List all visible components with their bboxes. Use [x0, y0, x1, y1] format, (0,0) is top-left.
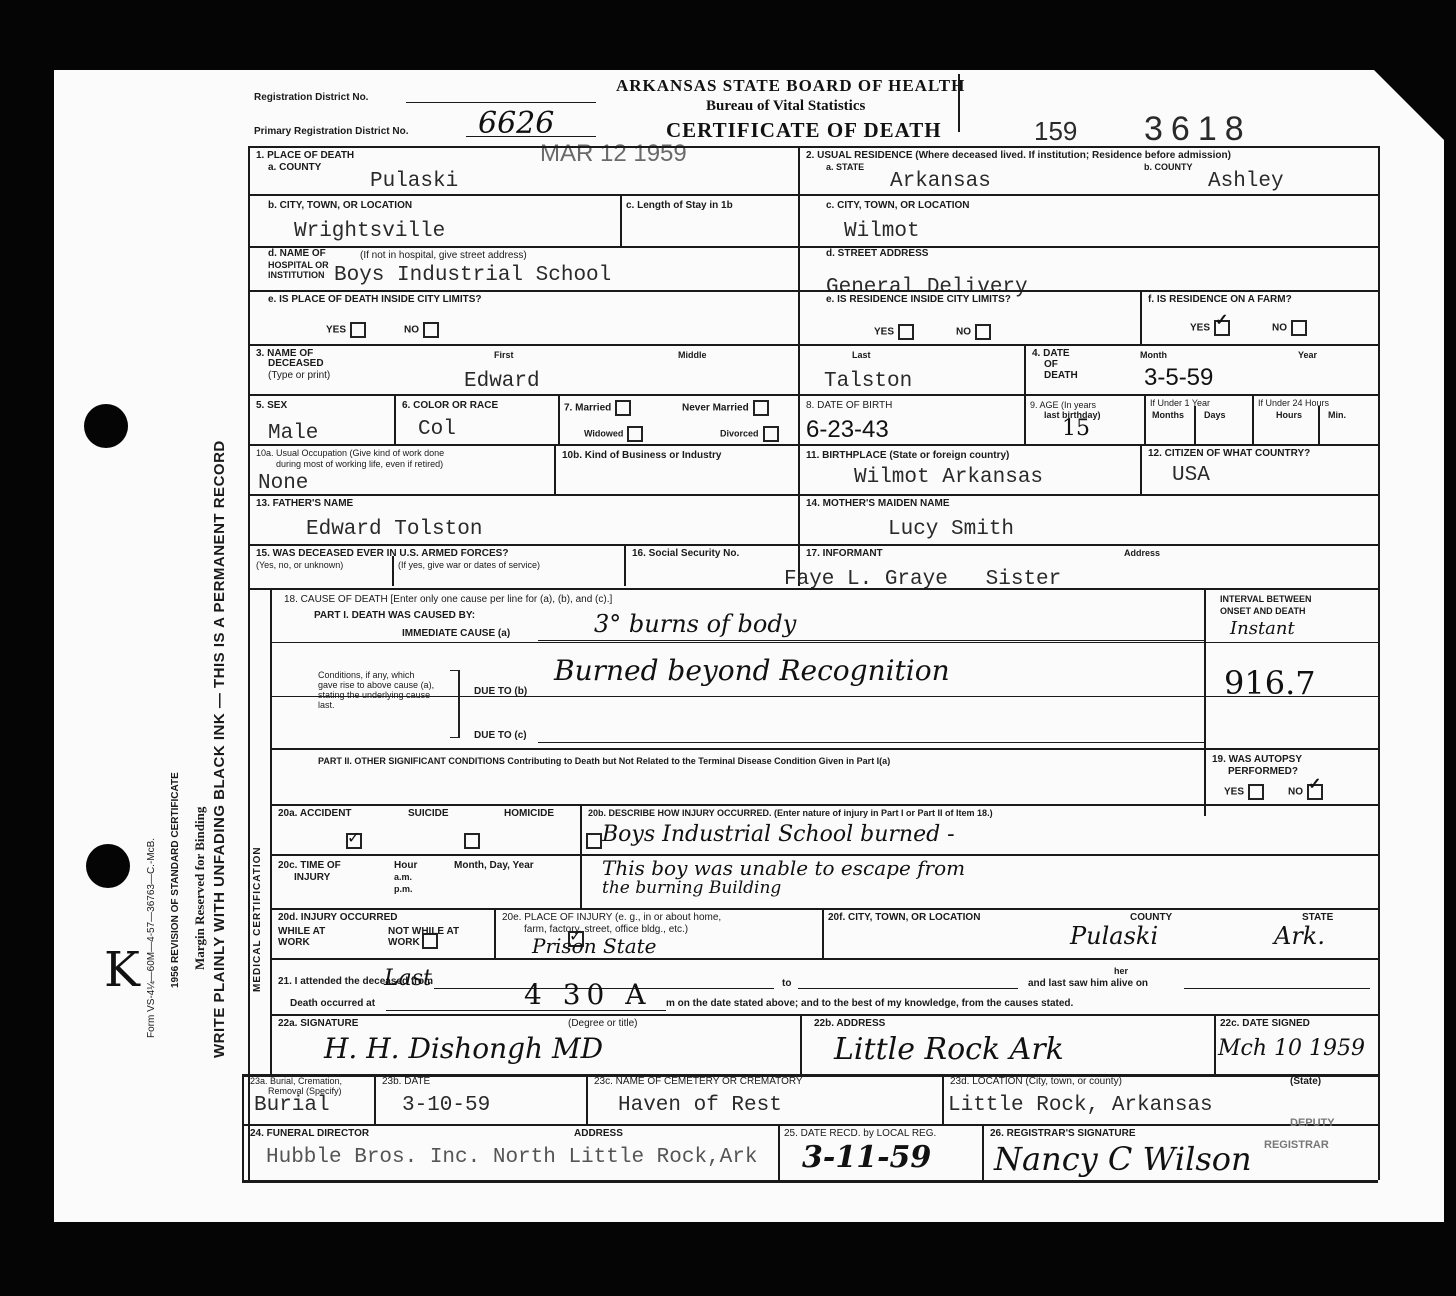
- homicide-label: HOMICIDE: [504, 808, 554, 819]
- burial-type-value: Burial: [254, 1094, 330, 1117]
- cause-of-death-label: 18. CAUSE OF DEATH [Enter only one cause…: [284, 594, 612, 605]
- hospital-hint: (If not in hospital, give street address…: [360, 250, 527, 261]
- place-of-injury-value: Prison State: [532, 934, 657, 958]
- race-value: Col: [418, 418, 456, 441]
- mother-label: 14. MOTHER'S MAIDEN NAME: [806, 498, 950, 509]
- revision-note: 1956 REVISION OF STANDARD CERTIFICATE: [170, 772, 181, 988]
- under-one-year-label: If Under 1 Year: [1150, 398, 1210, 408]
- checkbox[interactable]: [423, 322, 439, 338]
- armed-forces-hint-1: (Yes, no, or unknown): [256, 560, 343, 570]
- bureau-name: Bureau of Vital Statistics: [706, 98, 865, 115]
- months-label: Months: [1152, 410, 1184, 420]
- armed-forces-label: 15. WAS DECEASED EVER IN U.S. ARMED FORC…: [256, 548, 508, 559]
- hospital-label-3: INSTITUTION: [268, 270, 325, 280]
- time-of-injury-label-1: 20c. TIME OF: [278, 860, 341, 871]
- dod-label-3: DEATH: [1044, 370, 1078, 381]
- occupation-label-2: during most of working life, even if ret…: [276, 459, 443, 469]
- time-of-injury-label-2: INJURY: [294, 872, 330, 883]
- injury-occurred-label: 20d. INJURY OCCURRED: [278, 912, 397, 923]
- hospital-label-2: HOSPITAL OR: [268, 260, 329, 270]
- birthplace-value: Wilmot Arkansas: [854, 466, 1043, 489]
- registrar-signature-value: Nancy C Wilson: [994, 1140, 1252, 1178]
- autopsy-no[interactable]: NO: [1288, 784, 1323, 800]
- place-of-death-label: 1. PLACE OF DEATH: [256, 150, 354, 161]
- cemetery-label: 23c. NAME OF CEMETERY OR CREMATORY: [594, 1076, 803, 1087]
- first-name-label: First: [494, 350, 514, 360]
- death-occurred-at-label: Death occurred at: [290, 998, 375, 1009]
- industry-label: 10b. Kind of Business or Industry: [562, 450, 721, 461]
- dob-value: 6-23-43: [806, 416, 889, 444]
- residence-state-label: a. STATE: [826, 162, 864, 172]
- certificate-paper: K Form VS-4¼—60M—4-57—36763—C.-McB. 1956…: [54, 70, 1444, 1222]
- date-signed-label: 22c. DATE SIGNED: [1220, 1018, 1310, 1029]
- residence-city-value: Wilmot: [844, 220, 920, 243]
- residence-county-label: b. COUNTY: [1144, 162, 1193, 172]
- death-county-label: a. COUNTY: [268, 162, 321, 173]
- burial-location-label: 23d. LOCATION (City, town, or county): [950, 1076, 1122, 1087]
- primary-district-value: 6626: [478, 106, 554, 141]
- death-city-limits-no[interactable]: NO: [404, 322, 439, 338]
- days-label: Days: [1204, 410, 1226, 420]
- signature-address-label: 22b. ADDRESS: [814, 1018, 885, 1029]
- farm-yes[interactable]: YES: [1190, 320, 1230, 336]
- describe-injury-line-1: Boys Industrial School burned -: [602, 822, 955, 847]
- informant-address-label: Address: [1124, 548, 1160, 559]
- age-value: 15: [1062, 416, 1090, 441]
- signature-label: 22a. SIGNATURE: [278, 1018, 358, 1029]
- residence-city-limits-yes[interactable]: YES: [874, 324, 914, 340]
- checkbox[interactable]: [1248, 784, 1264, 800]
- farm-no[interactable]: NO: [1272, 320, 1307, 336]
- conditions-note: Conditions, if any, which gave rise to a…: [318, 670, 436, 710]
- date-signed-value: Mch 10 1959: [1218, 1036, 1365, 1061]
- describe-injury-line-2: This boy was unable to escape from: [602, 856, 965, 880]
- margin-mark: K: [104, 942, 140, 998]
- not-while-at-work-label: NOT WHILE AT WORK: [388, 926, 474, 948]
- month-label: Month: [1140, 350, 1167, 360]
- funeral-director-label: 24. FUNERAL DIRECTOR: [250, 1128, 369, 1139]
- while-at-work-label: WHILE AT WORK: [278, 926, 338, 948]
- hospital-value: Boys Industrial School: [334, 264, 611, 287]
- registration-district-label: Registration District No.: [254, 92, 368, 103]
- place-of-injury-label-1: 20e. PLACE OF INJURY (e. g., in or about…: [502, 912, 721, 923]
- occupation-label-1: 10a. Usual Occupation (Give kind of work…: [256, 448, 444, 458]
- residence-label: 2. USUAL RESIDENCE (Where deceased lived…: [806, 150, 1231, 161]
- middle-name-label: Middle: [678, 350, 707, 360]
- injury-city-label: 20f. CITY, TOWN, OR LOCATION: [828, 912, 980, 923]
- occupation-value: None: [258, 472, 308, 495]
- residence-state-value: Arkansas: [890, 170, 991, 193]
- farm-label: f. IS RESIDENCE ON A FARM?: [1148, 294, 1292, 305]
- to-label: to: [782, 978, 791, 989]
- burial-date-value: 3-10-59: [402, 1094, 490, 1117]
- sex-value: Male: [268, 422, 318, 445]
- deceased-name-label-3: (Type or print): [268, 370, 330, 381]
- married-option[interactable]: 7. Married: [564, 400, 631, 416]
- autopsy-label-2: PERFORMED?: [1228, 766, 1298, 777]
- death-city-value: Wrightsville: [294, 220, 445, 243]
- bracket: [450, 670, 460, 738]
- last-name-value: Talston: [824, 370, 912, 393]
- autopsy-label-1: 19. WAS AUTOPSY: [1212, 754, 1302, 765]
- date-received-label: 25. DATE RECD. by LOCAL REG.: [784, 1128, 936, 1139]
- widowed-option[interactable]: Widowed: [584, 426, 643, 442]
- checkbox[interactable]: [753, 400, 769, 416]
- checkbox[interactable]: [975, 324, 991, 340]
- received-stamp: MAR 12 1959: [540, 140, 687, 168]
- dod-label-1: 4. DATE: [1032, 348, 1070, 359]
- signature-value: H. H. Dishongh MD: [324, 1032, 603, 1065]
- suicide-label: SUICIDE: [408, 808, 449, 819]
- checkbox-checked[interactable]: [1307, 784, 1323, 800]
- citizen-label: 12. CITIZEN OF WHAT COUNTRY?: [1148, 448, 1310, 459]
- minutes-label: Min.: [1328, 410, 1346, 420]
- binding-hole: [86, 844, 130, 888]
- burial-type-label-1: 23a. Burial, Cremation,: [250, 1076, 342, 1086]
- father-label: 13. FATHER'S NAME: [256, 498, 353, 509]
- checkbox[interactable]: [627, 426, 643, 442]
- certificate-prefix: 159: [1034, 116, 1077, 147]
- primary-district-label: Primary Registration District No.: [254, 126, 408, 137]
- checkbox[interactable]: [350, 322, 366, 338]
- date-received-value: 3-11-59: [802, 1140, 931, 1175]
- death-time-value: 4 30 A: [524, 978, 651, 1011]
- checkbox[interactable]: [615, 400, 631, 416]
- father-value: Edward Tolston: [306, 518, 482, 541]
- hour-label: Hour: [394, 860, 417, 871]
- interval-label-2: ONSET AND DEATH: [1220, 606, 1306, 616]
- immediate-cause-label: IMMEDIATE CAUSE (a): [402, 628, 510, 639]
- registrar-signature-label: 26. REGISTRAR'S SIGNATURE: [990, 1128, 1136, 1139]
- ink-instruction: WRITE PLAINLY WITH UNFADING BLACK INK — …: [214, 440, 225, 1058]
- deceased-name-label-2: DECEASED: [268, 358, 324, 369]
- last-saw-label: and last saw him alive on: [1028, 978, 1148, 989]
- autopsy-yes[interactable]: YES: [1224, 784, 1264, 800]
- sex-label: 5. SEX: [256, 400, 287, 411]
- dod-value: 3-5-59: [1144, 364, 1213, 392]
- first-name-value: Edward: [464, 370, 540, 393]
- residence-city-limits-label: e. IS RESIDENCE INSIDE CITY LIMITS?: [826, 294, 1011, 305]
- month-day-year-label: Month, Day, Year: [454, 860, 534, 871]
- checkbox[interactable]: [898, 324, 914, 340]
- accident-checkbox[interactable]: [346, 833, 362, 849]
- homicide-checkbox[interactable]: [586, 833, 602, 849]
- certificate-title: CERTIFICATE OF DEATH: [666, 118, 942, 143]
- board-name: ARKANSAS STATE BOARD OF HEALTH: [616, 76, 965, 96]
- last-name-label: Last: [852, 350, 871, 360]
- due-to-c-label: DUE TO (c): [474, 730, 527, 741]
- binding-note: Margin Reserved for Binding: [194, 807, 205, 970]
- medical-certification-label: MEDICAL CERTIFICATION: [252, 846, 263, 992]
- never-married-option[interactable]: Never Married: [682, 400, 769, 416]
- death-city-label: b. CITY, TOWN, OR LOCATION: [268, 200, 412, 211]
- burial-state-label: (State): [1290, 1076, 1321, 1087]
- registrar-stamp: REGISTRAR: [1264, 1140, 1329, 1151]
- death-county-value: Pulaski: [370, 170, 458, 193]
- describe-injury-label: 20b. DESCRIBE HOW INJURY OCCURRED. (Ente…: [588, 808, 993, 819]
- attended-value: Last: [384, 966, 432, 991]
- residence-county-value: Ashley: [1208, 170, 1284, 193]
- death-city-limits-yes[interactable]: YES: [326, 322, 366, 338]
- injury-state-value: Ark.: [1274, 922, 1325, 950]
- interval-label-1: INTERVAL BETWEEN: [1220, 594, 1312, 604]
- her-label: her: [1114, 966, 1128, 976]
- burial-date-label: 23b. DATE: [382, 1076, 430, 1087]
- informant-label: 17. INFORMANT: [806, 548, 883, 559]
- year-label: Year: [1298, 350, 1317, 360]
- degree-label: (Degree or title): [568, 1018, 637, 1029]
- death-statement: m on the date stated above; and to the b…: [666, 998, 1073, 1009]
- armed-forces-hint-2: (If yes, give war or dates of service): [398, 560, 540, 570]
- residence-city-label: c. CITY, TOWN, OR LOCATION: [826, 200, 970, 211]
- pm-label: p.m.: [394, 884, 413, 894]
- mother-value: Lucy Smith: [888, 518, 1014, 541]
- divorced-option[interactable]: Divorced: [720, 426, 779, 442]
- hospital-label-1: d. NAME OF: [268, 248, 326, 259]
- race-label: 6. COLOR OR RACE: [402, 400, 498, 411]
- due-to-b-value: Burned beyond Recognition: [554, 654, 950, 687]
- form-number: Form VS-4¼—60M—4-57—36763—C.-McB.: [146, 838, 157, 1038]
- interval-value: Instant: [1230, 618, 1295, 639]
- part2-label: PART II. OTHER SIGNIFICANT CONDITIONS Co…: [318, 756, 890, 767]
- ssn-label: 16. Social Security No.: [632, 548, 739, 559]
- cemetery-value: Haven of Rest: [618, 1094, 782, 1117]
- stay-length-label: c. Length of Stay in 1b: [626, 200, 733, 211]
- death-city-limits-label: e. IS PLACE OF DEATH INSIDE CITY LIMITS?: [268, 294, 482, 305]
- injury-county-value: Pulaski: [1070, 922, 1158, 950]
- checkbox[interactable]: [763, 426, 779, 442]
- funeral-address-label: ADDRESS: [574, 1128, 623, 1139]
- hours-label: Hours: [1276, 410, 1302, 420]
- describe-injury-line-3: the burning Building: [602, 878, 781, 898]
- signature-address-value: Little Rock Ark: [834, 1032, 1064, 1067]
- binding-hole: [84, 404, 128, 448]
- immediate-cause-value: 3° burns of body: [594, 610, 796, 638]
- checkbox[interactable]: [1291, 320, 1307, 336]
- certificate-number: 3618: [1144, 110, 1252, 149]
- dob-label: 8. DATE OF BIRTH: [806, 400, 892, 411]
- birthplace-label: 11. BIRTHPLACE (State or foreign country…: [806, 450, 1009, 461]
- deputy-stamp: DEPUTY: [1290, 1118, 1335, 1129]
- burial-location-value: Little Rock, Arkansas: [948, 1094, 1213, 1117]
- age-label-1: 9. AGE (In years: [1030, 400, 1096, 410]
- accident-label: 20a. ACCIDENT: [278, 808, 352, 819]
- street-address-label: d. STREET ADDRESS: [826, 248, 928, 259]
- checkbox-checked[interactable]: [1214, 320, 1230, 336]
- funeral-director-value: Hubble Bros. Inc. North Little Rock,Ark: [266, 1146, 757, 1169]
- citizen-value: USA: [1172, 464, 1210, 487]
- part1-label: PART I. DEATH WAS CAUSED BY:: [314, 610, 475, 621]
- am-label: a.m.: [394, 872, 412, 882]
- suicide-checkbox[interactable]: [464, 833, 480, 849]
- residence-city-limits-no[interactable]: NO: [956, 324, 991, 340]
- dod-label-2: OF: [1044, 359, 1058, 370]
